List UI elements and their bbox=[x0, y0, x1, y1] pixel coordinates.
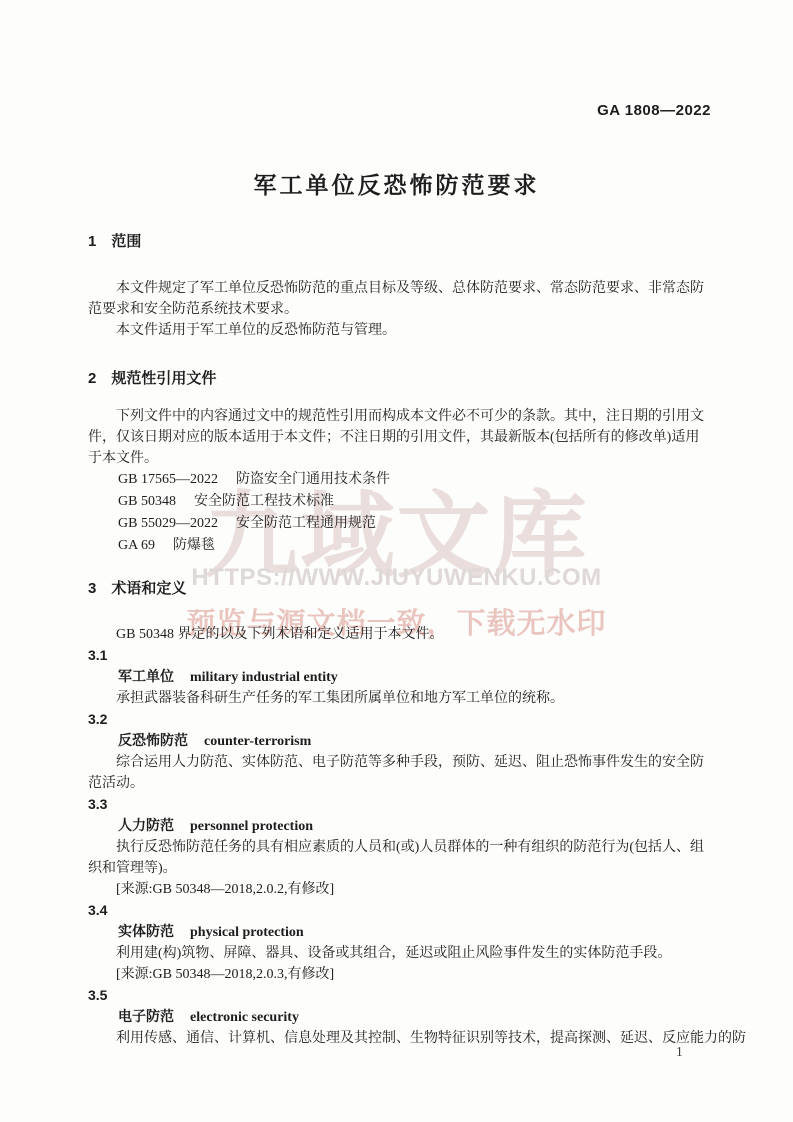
reference-title: 防盗安全门通用技术条件 bbox=[236, 472, 390, 487]
term-3-1-number: 3.1 bbox=[88, 645, 712, 666]
term-3-5-definition: 利用传感、通信、计算机、信息处理及其控制、生物特征识别等技术，提高探测、延迟、反… bbox=[88, 1028, 712, 1049]
normative-reference-list: GB 17565—2022防盗安全门通用技术条件 GB 50348安全防范工程技… bbox=[88, 469, 712, 557]
section-3-number: 3 bbox=[88, 578, 96, 599]
term-3-3-source: [来源:GB 50348—2018,2.0.2,有修改] bbox=[88, 879, 712, 900]
term-3-1-definition: 承担武器装备科研生产任务的军工集团所属单位和地方军工单位的统称。 bbox=[88, 688, 712, 709]
reference-item: GA 69防爆毯 bbox=[118, 535, 712, 557]
document-body: 1范围 本文件规定了军工单位反恐怖防范的重点目标及等级、总体防范要求、常态防范要… bbox=[88, 231, 712, 1049]
standard-code: GA 1808—2022 bbox=[597, 102, 711, 119]
section-2-paragraph-1: 下列文件中的内容通过文中的规范性引用而构成本文件必不可少的条款。其中，注日期的引… bbox=[88, 406, 712, 469]
term-3-3-en: personnel protection bbox=[190, 819, 313, 834]
term-3-2-zh: 反恐怖防范 bbox=[118, 730, 188, 751]
section-1-paragraph-1: 本文件规定了军工单位反恐怖防范的重点目标及等级、总体防范要求、常态防范要求、非常… bbox=[88, 278, 712, 320]
section-1-title: 范围 bbox=[111, 233, 141, 250]
document-layer: GA 1808—2022 军工单位反恐怖防范要求 1范围 本文件规定了军工单位反… bbox=[0, 0, 793, 1122]
term-3-2-definition: 综合运用人力防范、实体防范、电子防范等多种手段，预防、延迟、阻止恐怖事件发生的安… bbox=[88, 752, 712, 794]
document-page: 九域文库 HTTPS://WWW.JIUYUWENKU.COM 预览与源文档一致… bbox=[0, 0, 793, 1122]
reference-title: 防爆毯 bbox=[173, 538, 215, 553]
term-3-3-definition: 执行反恐怖防范任务的具有相应素质的人员和(或)人员群体的一种有组织的防范行为(包… bbox=[88, 837, 712, 879]
term-3-4-number: 3.4 bbox=[88, 900, 712, 921]
section-2-number: 2 bbox=[88, 368, 96, 389]
term-3-5-number: 3.5 bbox=[88, 985, 712, 1006]
term-3-5-heading: 电子防范electronic security bbox=[88, 1006, 712, 1028]
term-3-2-en: counter-terrorism bbox=[204, 734, 311, 749]
term-3-5-en: electronic security bbox=[190, 1010, 299, 1025]
reference-item: GB 50348安全防范工程技术标准 bbox=[118, 491, 712, 513]
term-3-3-heading: 人力防范personnel protection bbox=[88, 815, 712, 837]
term-3-1-heading: 军工单位military industrial entity bbox=[88, 666, 712, 688]
reference-code: GB 55029—2022 bbox=[118, 513, 218, 535]
reference-code: GB 17565—2022 bbox=[118, 469, 218, 491]
reference-title: 安全防范工程通用规范 bbox=[236, 516, 376, 531]
term-3-5-zh: 电子防范 bbox=[118, 1006, 174, 1027]
term-3-2-heading: 反恐怖防范counter-terrorism bbox=[88, 730, 712, 752]
reference-item: GB 55029—2022安全防范工程通用规范 bbox=[118, 513, 712, 535]
term-3-4-zh: 实体防范 bbox=[118, 921, 174, 942]
term-3-4-source: [来源:GB 50348—2018,2.0.3,有修改] bbox=[88, 964, 712, 985]
term-3-1-zh: 军工单位 bbox=[118, 666, 174, 687]
term-3-3-zh: 人力防范 bbox=[118, 815, 174, 836]
term-3-4-en: physical protection bbox=[190, 925, 304, 940]
section-1-heading: 1范围 bbox=[88, 231, 712, 252]
reference-title: 安全防范工程技术标准 bbox=[194, 494, 334, 509]
term-3-1-en: military industrial entity bbox=[190, 670, 338, 685]
document-title: 军工单位反恐怖防范要求 bbox=[0, 167, 793, 200]
reference-code: GB 50348 bbox=[118, 491, 176, 513]
section-1-number: 1 bbox=[88, 231, 96, 252]
term-3-2-number: 3.2 bbox=[88, 709, 712, 730]
section-2-title: 规范性引用文件 bbox=[111, 370, 216, 387]
reference-item: GB 17565—2022防盗安全门通用技术条件 bbox=[118, 469, 712, 491]
term-3-4-heading: 实体防范physical protection bbox=[88, 921, 712, 943]
reference-code: GA 69 bbox=[118, 535, 155, 557]
section-3-title: 术语和定义 bbox=[111, 580, 186, 597]
section-3-heading: 3术语和定义 bbox=[88, 578, 712, 599]
section-3-intro: GB 50348 界定的以及下列术语和定义适用于本文件。 bbox=[88, 624, 712, 645]
term-3-4-definition: 利用建(构)筑物、屏障、器具、设备或其组合，延迟或阻止风险事件发生的实体防范手段… bbox=[88, 943, 712, 964]
section-2-heading: 2规范性引用文件 bbox=[88, 368, 712, 389]
term-3-3-number: 3.3 bbox=[88, 794, 712, 815]
page-number: 1 bbox=[676, 1044, 683, 1060]
section-1-paragraph-2: 本文件适用于军工单位的反恐怖防范与管理。 bbox=[88, 320, 712, 341]
